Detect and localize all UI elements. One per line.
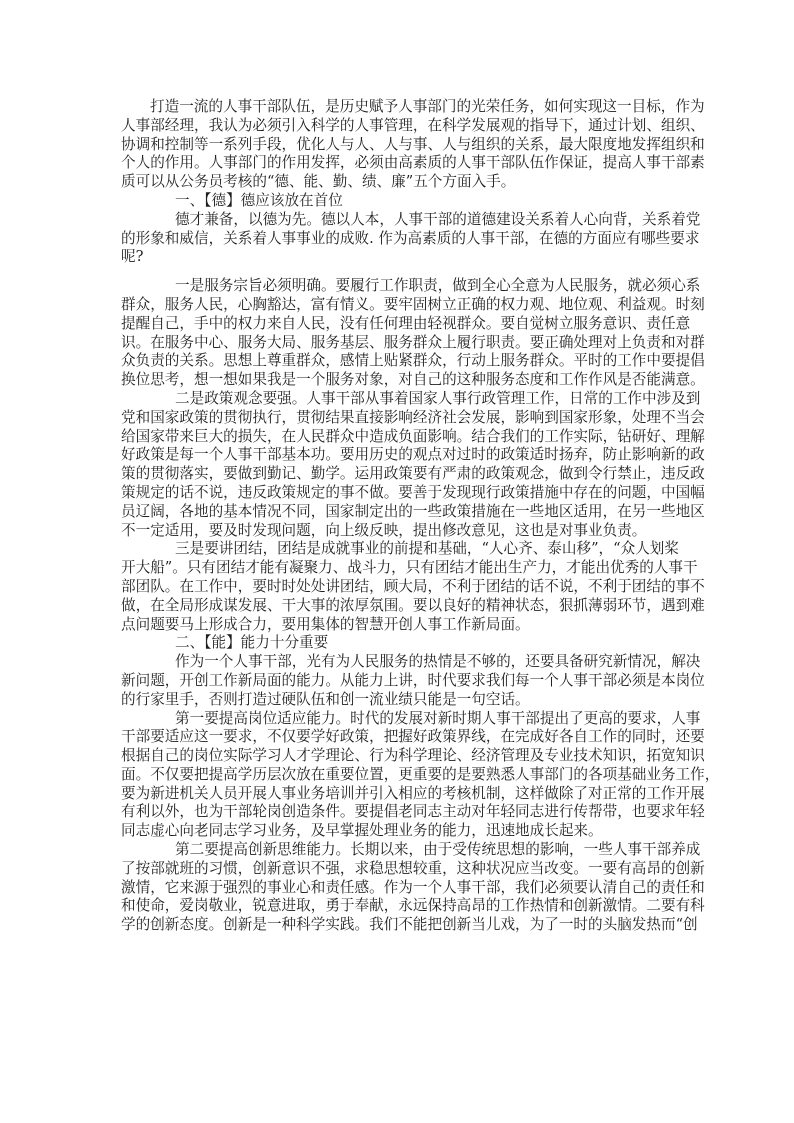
text-line: 换位思考，想一想如果我是一个服务对象，对自己的这种服务态度和工作作风是否能满意。 [121,371,677,390]
text-line: 给国家带来巨大的损失，在人民群众中造成负面影响。结合我们的工作实际，钻研好、理解 [121,428,677,447]
text-line: 的形象和威信，关系着人事事业的成败. 作为高素质的人事干部，在德的方面应有哪些要… [121,230,677,249]
text-line: 三是要讲团结，团结是成就事业的前提和基础，“人心齐、泰山移”，“众人划桨 [121,540,677,559]
section1-intro-paragraph: 德才兼备，以德为先。德以人本，人事干部的道德建设关系着人心向背，关系着党 的形象… [121,211,677,267]
text-line: 作为一个人事干部，光有为人民服务的热情是不够的，还要具备研究新情况，解决 [121,653,677,672]
section1-point2-paragraph: 二是政策观念要强。人事干部从事着国家人事行政管理工作，日常的工作中涉及到 党和国… [121,390,677,540]
document-page: 打造一流的人事干部队伍，是历史赋予人事部门的光荣任务，如何实现这一目标，作为 人… [0,0,794,1123]
section2-intro-paragraph: 作为一个人事干部，光有为人民服务的热情是不够的，还要具备研究新情况，解决 新问题… [121,653,677,709]
document-body: 打造一流的人事干部队伍，是历史赋予人事部门的光荣任务，如何实现这一目标，作为 人… [121,98,677,935]
intro-paragraph: 打造一流的人事干部队伍，是历史赋予人事部门的光荣任务，如何实现这一目标，作为 人… [121,98,677,192]
text-line: 个人的作用。人事部门的作用发挥，必须由高素质的人事干部队伍作保证，提高人事干部素 [121,154,677,173]
text-line: 要为新进机关人员开展人事业务培训并引入相应的考核机制，这样做除了对正常的工作开展 [121,785,677,804]
text-line: 党和国家政策的贯彻执行，贯彻结果直接影响经济社会发展，影响到国家形象，处理不当会 [121,409,677,428]
section1-point1-paragraph: 一是服务宗旨必须明确。要履行工作职责，做到全心全意为人民服务，就必须心系 群众，… [121,277,677,390]
text-line: 二是政策观念要强。人事干部从事着国家人事行政管理工作，日常的工作中涉及到 [121,390,677,409]
text-line: 策规定的话不说，违反政策规定的事不做。要善于发现现行政策措施中存在的问题，中国幅 [121,484,677,503]
paragraph-gap [121,267,677,277]
text-line: 呢? [121,248,677,267]
text-line: 新问题，开创工作新局面的能力。从能力上讲，时代要求我们每一个人事干部必须是本岗位 [121,672,677,691]
text-line: 和使命，爱岗敬业，锐意进取，勇于奉献，永远保持高昂的工作热情和创新激情。二要有科 [121,897,677,916]
text-line: 策的贯彻落实，要做到勤记、勤学。运用政策要有严肃的政策观念，做到令行禁止，违反政 [121,465,677,484]
text-line: 学的创新态度。创新是一种科学实践。我们不能把创新当儿戏，为了一时的头脑发热而“创 [121,916,677,935]
section-heading-neng: 二、【能】能力十分重要 [121,634,677,653]
text-line: 开大船”。只有团结才能有凝聚力、战斗力，只有团结才能出生产力，才能出优秀的人事干 [121,559,677,578]
text-line: 好政策是每一个人事干部基本功。要用历史的观点对过时的政策适时扬弃，防止影响新的政 [121,446,677,465]
text-line: 做，在全局形成谋发展、干大事的浓厚氛围。要以良好的精神状态，狠抓薄弱环节，遇到难 [121,597,677,616]
text-line: 激情，它来源于强烈的事业心和责任感。作为一个人事干部，我们必须要认清自己的责任和 [121,879,677,898]
text-line: 协调和控制等一系列手段，优化人与人、人与事、人与组织的关系，最大限度地发挥组织和 [121,136,677,155]
text-line: 众负责的关系。思想上尊重群众，感情上贴紧群众，行动上服务群众。平时的工作中要提倡 [121,352,677,371]
text-line: 第二要提高创新思维能力。长期以来，由于受传统思想的影响，一些人事干部养成 [121,841,677,860]
text-line: 人事部经理，我认为必须引入科学的人事管理，在科学发展观的指导下，通过计划、组织、 [121,117,677,136]
text-line: 了按部就班的习惯，创新意识不强，求稳思想较重，这种状况应当改变。一要有高昂的创新 [121,860,677,879]
text-line: 第一要提高岗位适应能力。时代的发展对新时期人事干部提出了更高的要求，人事 [121,710,677,729]
text-line: 部团队。在工作中，要时时处处讲团结，顾大局，不利于团结的话不说，不利于团结的事不 [121,578,677,597]
text-line: 面。不仅要把提高学历层次放在重要位置，更重要的是要熟悉人事部门的各项基础业务工作… [121,766,677,785]
text-line: 有利以外，也为干部轮岗创造条件。要提倡老同志主动对年轻同志进行传帮带，也要求年轻 [121,803,677,822]
text-line: 群众，服务人民，心胸豁达，富有情义。要牢固树立正确的权力观、地位观、利益观。时刻 [121,296,677,315]
text-line: 德才兼备，以德为先。德以人本，人事干部的道德建设关系着人心向背，关系着党 [121,211,677,230]
section1-point3-paragraph: 三是要讲团结，团结是成就事业的前提和基础，“人心齐、泰山移”，“众人划桨 开大船… [121,540,677,634]
text-line: 质可以从公务员考核的“德、能、勤、绩、廉”五个方面入手。 [121,173,677,192]
text-line: 点问题要马上形成合力，要用集体的智慧开创人事工作新局面。 [121,616,677,635]
text-line: 一是服务宗旨必须明确。要履行工作职责，做到全心全意为人民服务，就必须心系 [121,277,677,296]
text-line: 的行家里手，否则打造过硬队伍和创一流业绩只能是一句空话。 [121,691,677,710]
section-heading-de: 一、【德】德应该放在首位 [121,192,677,211]
text-line: 干部要适应这一要求，不仅要学好政策，把握好政策界线，在完成好各自工作的同时，还要 [121,728,677,747]
text-line: 不一定适用，要及时发现问题，向上级反映，提出修改意见，这也是对事业负责。 [121,522,677,541]
text-line: 员辽阔，各地的基本情况不同，国家制定出的一些政策措施在一些地区适用，在另一些地区 [121,503,677,522]
text-line: 同志虚心向老同志学习业务，及早掌握处理业务的能力，迅速地成长起来。 [121,822,677,841]
text-line: 识。在服务中心、服务大局、服务基层、服务群众上履行职责。要正确处理对上负责和对群 [121,334,677,353]
text-line: 根据自己的岗位实际学习人才学理论、行为科学理论、经济管理及专业技术知识，拓宽知识 [121,747,677,766]
text-line: 提醒自己，手中的权力来自人民，没有任何理由轻视群众。要自觉树立服务意识、责任意 [121,315,677,334]
section2-point1-paragraph: 第一要提高岗位适应能力。时代的发展对新时期人事干部提出了更高的要求，人事 干部要… [121,710,677,842]
section2-point2-paragraph: 第二要提高创新思维能力。长期以来，由于受传统思想的影响，一些人事干部养成 了按部… [121,841,677,935]
text-line: 打造一流的人事干部队伍，是历史赋予人事部门的光荣任务，如何实现这一目标，作为 [121,98,677,117]
